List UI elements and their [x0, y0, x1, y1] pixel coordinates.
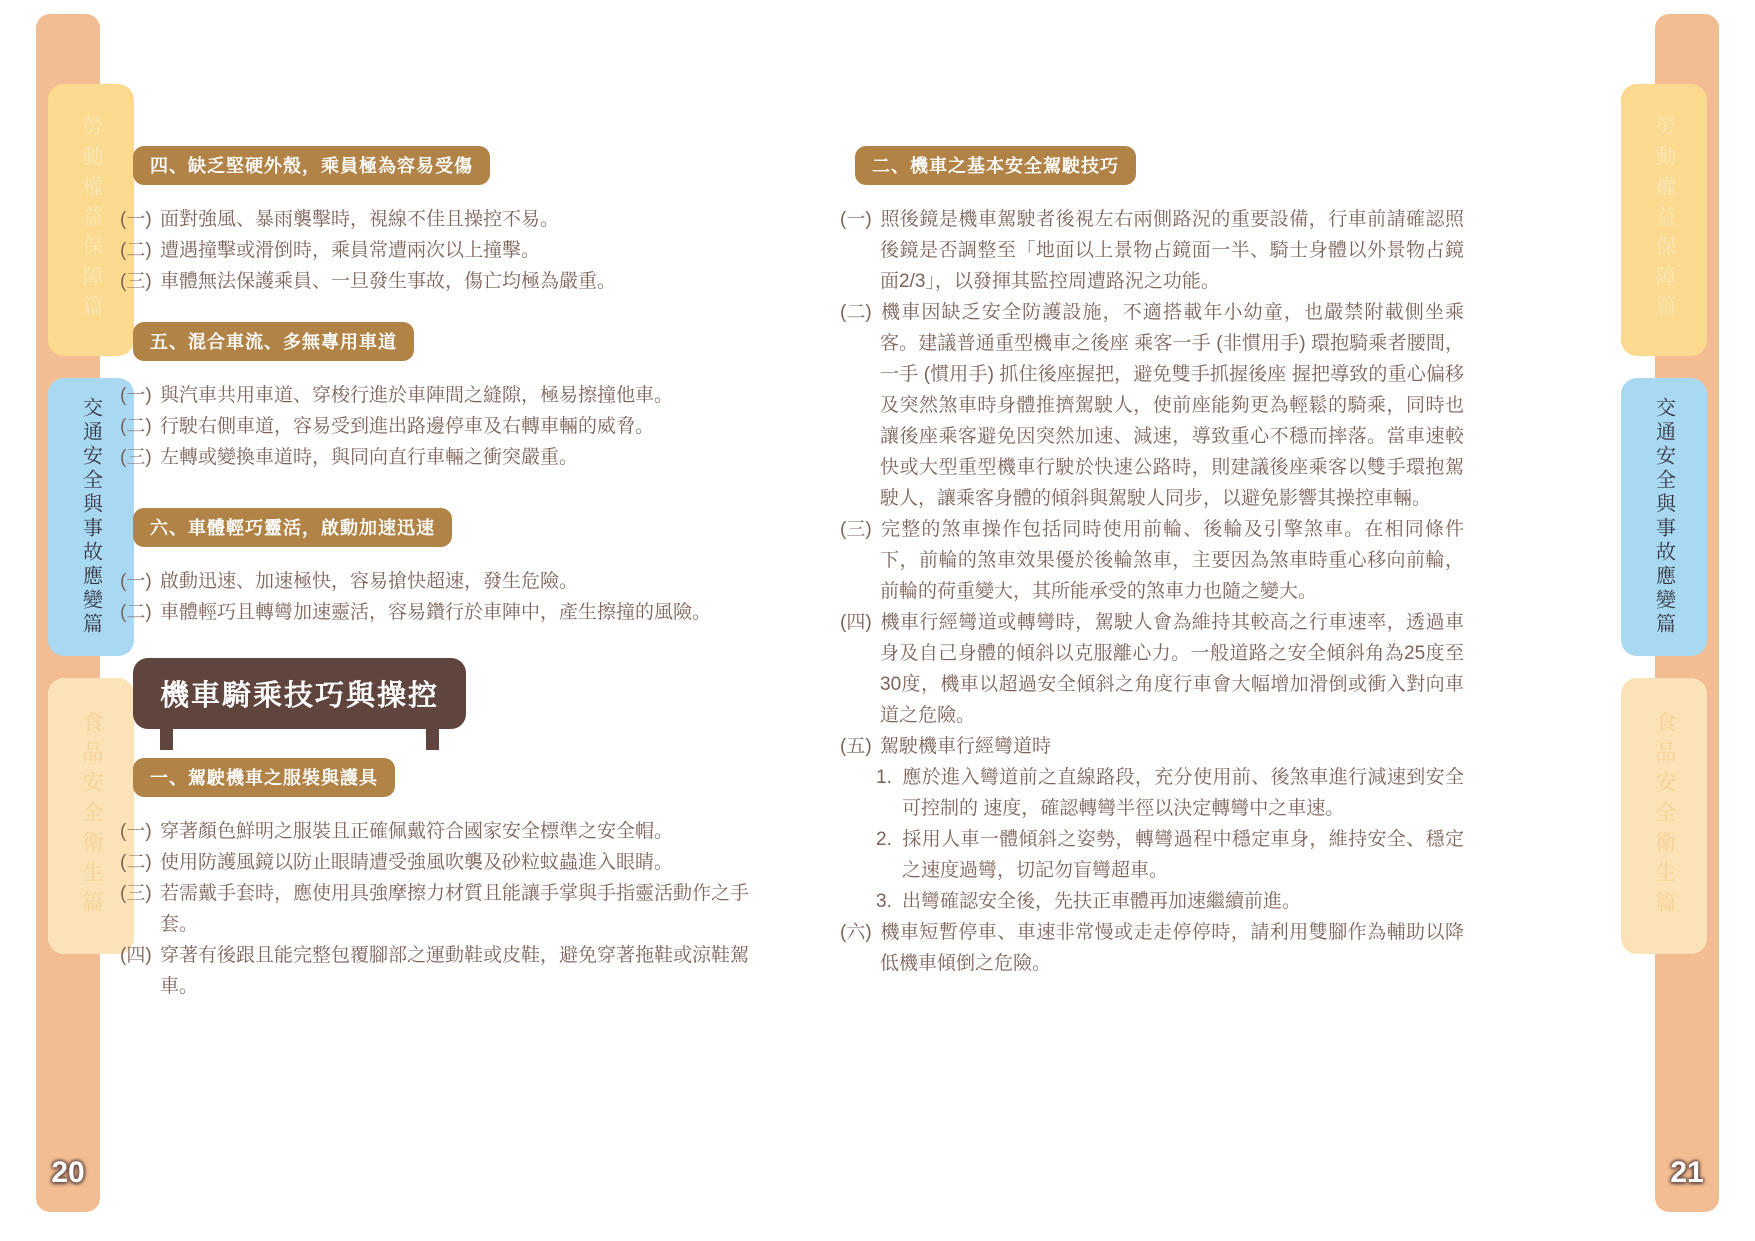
list-item: (三)若需戴手套時，應使用具強摩擦力材質且能讓手掌與手指靈活動作之手套。	[120, 878, 768, 940]
item-label: (二)	[120, 411, 160, 442]
section-5: 五、混合車流、多無專用車道(一)與汽車共用車道、穿梭行進於車陣間之縫隙，極易擦撞…	[120, 322, 768, 473]
item-text: 啟動迅速、加速極快，容易搶快超速，發生危險。	[160, 571, 578, 592]
chapter-title-board: 機車騎乘技巧與操控	[133, 658, 466, 729]
item-label: (五)	[840, 731, 880, 762]
right-chapter-rail: 21 勞動權益保障篇交通安全與事故應變篇食品安全衛生篇	[1655, 14, 1719, 1212]
section-1: 一、駕駛機車之服裝與護具(一)穿著顏色鮮明之服裝且正確佩戴符合國家安全標準之安全…	[120, 758, 768, 1002]
list-item: (三)完整的煞車操作包括同時使用前輪、後輪及引擎煞車。在相同條件下，前輪的煞車效…	[840, 514, 1464, 607]
item-label: (二)	[120, 847, 160, 878]
item-label: 3.	[876, 886, 902, 917]
page-number-right: 21	[1655, 1156, 1719, 1190]
list-item: (二)行駛右側車道，容易受到進出路邊停車及右轉車輛的威脅。	[120, 411, 768, 442]
list-item: 3.出彎確認安全後，先扶正車體再加速繼續前進。	[876, 886, 1464, 917]
section-heading: 六、車體輕巧靈活，啟動加速迅速	[133, 508, 452, 547]
item-text: 面對強風、暴雨襲擊時，視線不佳且操控不易。	[160, 209, 559, 230]
item-label: (一)	[120, 380, 160, 411]
page-number-left: 20	[36, 1156, 100, 1190]
list-item: (二)機車因缺乏安全防護設施，不適搭載年小幼童，也嚴禁附載側坐乘客。建議普通重型…	[840, 297, 1464, 514]
section-2: 二、機車之基本安全駕駛技巧(一)照後鏡是機車駕駛者後視左右兩側路況的重要設備，行…	[840, 146, 1464, 979]
item-text: 車體輕巧且轉彎加速靈活，容易鑽行於車陣中，產生擦撞的風險。	[160, 602, 711, 623]
section-items: (一)與汽車共用車道、穿梭行進於車陣間之縫隙，極易擦撞他車。(二)行駛右側車道，…	[120, 380, 768, 473]
item-text: 車體無法保護乘員、一旦發生事故，傷亡均極為嚴重。	[160, 271, 616, 292]
list-item: (二)車體輕巧且轉彎加速靈活，容易鑽行於車陣中，產生擦撞的風險。	[120, 597, 768, 628]
item-text: 行駛右側車道，容易受到進出路邊停車及右轉車輛的威脅。	[160, 416, 654, 437]
item-text: 駕駛機車行經彎道時	[880, 736, 1051, 757]
item-label: (二)	[120, 235, 160, 266]
item-label: (三)	[120, 878, 160, 909]
item-text: 採用人車一體傾斜之姿勢，轉彎過程中穩定車身，維持安全、穩定之速度過彎，切記勿盲彎…	[902, 829, 1464, 881]
list-item: (五)駕駛機車行經彎道時	[840, 731, 1464, 762]
item-text: 出彎確認安全後，先扶正車體再加速繼續前進。	[902, 891, 1301, 912]
section-heading: 五、混合車流、多無專用車道	[133, 322, 414, 361]
item-label: (一)	[840, 204, 880, 235]
item-text: 機車因缺乏安全防護設施，不適搭載年小幼童，也嚴禁附載側坐乘客。建議普通重型機車之…	[880, 302, 1464, 509]
item-text: 機車短暫停車、車速非常慢或走走停停時，請利用雙腳作為輔助以降低機車傾倒之危險。	[880, 922, 1464, 974]
list-item: (一)與汽車共用車道、穿梭行進於車陣間之縫隙，極易擦撞他車。	[120, 380, 768, 411]
item-label: (四)	[120, 940, 160, 971]
section-heading: 四、缺乏堅硬外殼，乘員極為容易受傷	[133, 146, 490, 185]
list-item: (一)面對強風、暴雨襲擊時，視線不佳且操控不易。	[120, 204, 768, 235]
item-text: 左轉或變換車道時，與同向直行車輛之衝突嚴重。	[160, 447, 578, 468]
section-items: (一)穿著顏色鮮明之服裝且正確佩戴符合國家安全標準之安全帽。(二)使用防護風鏡以…	[120, 816, 768, 1002]
chapter-tab-2: 交通安全與事故應變篇	[1621, 378, 1707, 656]
item-label: 1.	[876, 762, 902, 793]
booklet-spread: 20 勞動權益保障篇交通安全與事故應變篇食品安全衛生篇 21 勞動權益保障篇交通…	[0, 0, 1755, 1241]
item-label: (三)	[840, 514, 880, 545]
item-text: 使用防護風鏡以防止眼睛遭受強風吹襲及砂粒蚊蟲進入眼睛。	[160, 852, 673, 873]
list-item: 1.應於進入彎道前之直線路段，充分使用前、後煞車進行減速到安全可控制的 速度，確…	[876, 762, 1464, 824]
section-6: 六、車體輕巧靈活，啟動加速迅速(一)啟動迅速、加速極快，容易搶快超速，發生危險。…	[120, 508, 768, 628]
section-heading: 二、機車之基本安全駕駛技巧	[855, 146, 1136, 185]
item-text: 機車行經彎道或轉彎時，駕駛人會為維持其較高之行車速率，透過車身及自己身體的傾斜以…	[880, 612, 1464, 726]
item-label: (三)	[120, 442, 160, 473]
list-item: (六)機車短暫停車、車速非常慢或走走停停時，請利用雙腳作為輔助以降低機車傾倒之危…	[840, 917, 1464, 979]
item-label: (三)	[120, 266, 160, 297]
item-text: 與汽車共用車道、穿梭行進於車陣間之縫隙，極易擦撞他車。	[160, 385, 673, 406]
board-leg-right	[426, 726, 439, 750]
item-text: 穿著有後跟且能完整包覆腳部之運動鞋或皮鞋，避免穿著拖鞋或涼鞋駕車。	[160, 945, 749, 997]
left-chapter-rail: 20 勞動權益保障篇交通安全與事故應變篇食品安全衛生篇	[36, 14, 100, 1212]
item-text: 完整的煞車操作包括同時使用前輪、後輪及引擎煞車。在相同條件下，前輪的煞車效果優於…	[880, 519, 1464, 602]
item-label: (四)	[840, 607, 880, 638]
section-items: (一)面對強風、暴雨襲擊時，視線不佳且操控不易。(二)遭遇撞擊或滑倒時，乘員常遭…	[120, 204, 768, 297]
item-label: 2.	[876, 824, 902, 855]
list-item: (三)車體無法保護乘員、一旦發生事故，傷亡均極為嚴重。	[120, 266, 768, 297]
chapter-title: 機車騎乘技巧與操控	[133, 658, 466, 729]
list-item: (一)啟動迅速、加速極快，容易搶快超速，發生危險。	[120, 566, 768, 597]
item-text: 遭遇撞擊或滑倒時，乘員常遭兩次以上撞擊。	[160, 240, 540, 261]
section-heading: 一、駕駛機車之服裝與護具	[133, 758, 395, 797]
item-text: 穿著顏色鮮明之服裝且正確佩戴符合國家安全標準之安全帽。	[160, 821, 673, 842]
item-label: (一)	[120, 566, 160, 597]
item-text: 照後鏡是機車駕駛者後視左右兩側路況的重要設備，行車前請確認照後鏡是否調整至「地面…	[880, 209, 1464, 292]
item-label: (一)	[120, 816, 160, 847]
chapter-tab-3: 食品安全衛生篇	[1621, 678, 1707, 954]
board-leg-left	[160, 726, 173, 750]
list-item: (一)穿著顏色鮮明之服裝且正確佩戴符合國家安全標準之安全帽。	[120, 816, 768, 847]
list-item: (四)機車行經彎道或轉彎時，駕駛人會為維持其較高之行車速率，透過車身及自己身體的…	[840, 607, 1464, 731]
list-item: (四)穿著有後跟且能完整包覆腳部之運動鞋或皮鞋，避免穿著拖鞋或涼鞋駕車。	[120, 940, 768, 1002]
item-label: (六)	[840, 917, 880, 948]
section-items: (一)啟動迅速、加速極快，容易搶快超速，發生危險。(二)車體輕巧且轉彎加速靈活，…	[120, 566, 768, 628]
item-text: 應於進入彎道前之直線路段，充分使用前、後煞車進行減速到安全可控制的 速度，確認轉…	[902, 767, 1464, 819]
list-item: 2.採用人車一體傾斜之姿勢，轉彎過程中穩定車身，維持安全、穩定之速度過彎，切記勿…	[876, 824, 1464, 886]
item-label: (二)	[840, 297, 880, 328]
item-text: 若需戴手套時，應使用具強摩擦力材質且能讓手掌與手指靈活動作之手套。	[160, 883, 749, 935]
chapter-tab-1: 勞動權益保障篇	[1621, 84, 1707, 356]
section-4: 四、缺乏堅硬外殼，乘員極為容易受傷(一)面對強風、暴雨襲擊時，視線不佳且操控不易…	[120, 146, 768, 297]
section-items: (一)照後鏡是機車駕駛者後視左右兩側路況的重要設備，行車前請確認照後鏡是否調整至…	[840, 204, 1464, 979]
list-item: (二)使用防護風鏡以防止眼睛遭受強風吹襲及砂粒蚊蟲進入眼睛。	[120, 847, 768, 878]
list-item: (三)左轉或變換車道時，與同向直行車輛之衝突嚴重。	[120, 442, 768, 473]
list-item: (二)遭遇撞擊或滑倒時，乘員常遭兩次以上撞擊。	[120, 235, 768, 266]
list-item: (一)照後鏡是機車駕駛者後視左右兩側路況的重要設備，行車前請確認照後鏡是否調整至…	[840, 204, 1464, 297]
item-label: (二)	[120, 597, 160, 628]
item-label: (一)	[120, 204, 160, 235]
